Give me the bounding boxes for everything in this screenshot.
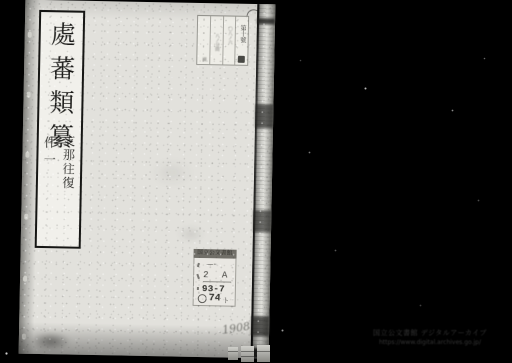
book-cover: 處蕃類纂 支那往復 件一 調 八ノ分間 〇八ノ六 第十號 国立公文書館 <box>19 0 276 358</box>
watermark-archive-name: 国立公文書館 デジタルアーカイブ <box>352 328 508 338</box>
dust-specks <box>0 0 1 1</box>
classification-column: 八ノ分間 <box>210 16 224 64</box>
page-tab <box>228 347 238 360</box>
stamp-mark <box>238 56 245 63</box>
binding-stitch <box>27 92 31 98</box>
binding-stitch <box>28 32 32 38</box>
archive-call-number-label: 国立公文書館 — - 2 A 93-7 74 ト <box>193 249 237 308</box>
classification-text: 〇八ノ六 <box>227 27 232 45</box>
classification-column: 調 <box>197 16 211 64</box>
page-crease <box>255 104 273 128</box>
label-dash: — - <box>206 260 215 268</box>
item-suffix: ト <box>223 295 230 304</box>
page-tab <box>257 345 270 362</box>
classification-number: 第十號 <box>239 25 245 43</box>
watermark-url: https://www.digital.archives.go.jp/ <box>352 339 508 346</box>
title-slip-subtext: 支那往復 件一 <box>40 134 78 245</box>
page-crease <box>253 210 271 232</box>
classification-label: 調 八ノ分間 〇八ノ六 第十號 <box>196 15 249 66</box>
classification-text: 八ノ分間 <box>214 33 219 51</box>
page-crease <box>251 316 269 336</box>
handwritten-mark: 1908 <box>221 320 251 337</box>
page-edges <box>251 4 276 358</box>
book-fascicle-number: 件一 <box>40 136 59 244</box>
binding-stitch <box>24 214 28 220</box>
classification-column: 〇八ノ六 <box>223 16 237 64</box>
page-crease <box>257 18 275 24</box>
classification-text: 調 <box>201 57 206 62</box>
call-number-box: — - 2 A 93-7 74 ト <box>193 258 237 307</box>
digital-archive-watermark: 国立公文書館 デジタルアーカイブ https://www.digital.arc… <box>352 328 508 346</box>
paper-stain <box>142 152 203 193</box>
book-subtitle: 支那往復 <box>59 134 78 244</box>
binding-stitch <box>23 276 27 282</box>
item-number: 74 <box>209 293 221 304</box>
scanned-book-photo: 處蕃類纂 支那往復 件一 調 八ノ分間 〇八ノ六 第十號 国立公文書館 <box>0 0 512 363</box>
classification-column: 第十號 <box>235 17 248 65</box>
paper-stain <box>171 220 211 247</box>
page-tab <box>241 346 254 362</box>
binding-stitch <box>22 334 26 340</box>
circle-mark <box>198 294 207 303</box>
binding-stitch <box>25 152 29 158</box>
title-slip: 處蕃類纂 支那往復 件一 <box>35 10 86 249</box>
call-number-class: 2 A <box>203 270 231 283</box>
cover-page-gap <box>251 4 260 358</box>
